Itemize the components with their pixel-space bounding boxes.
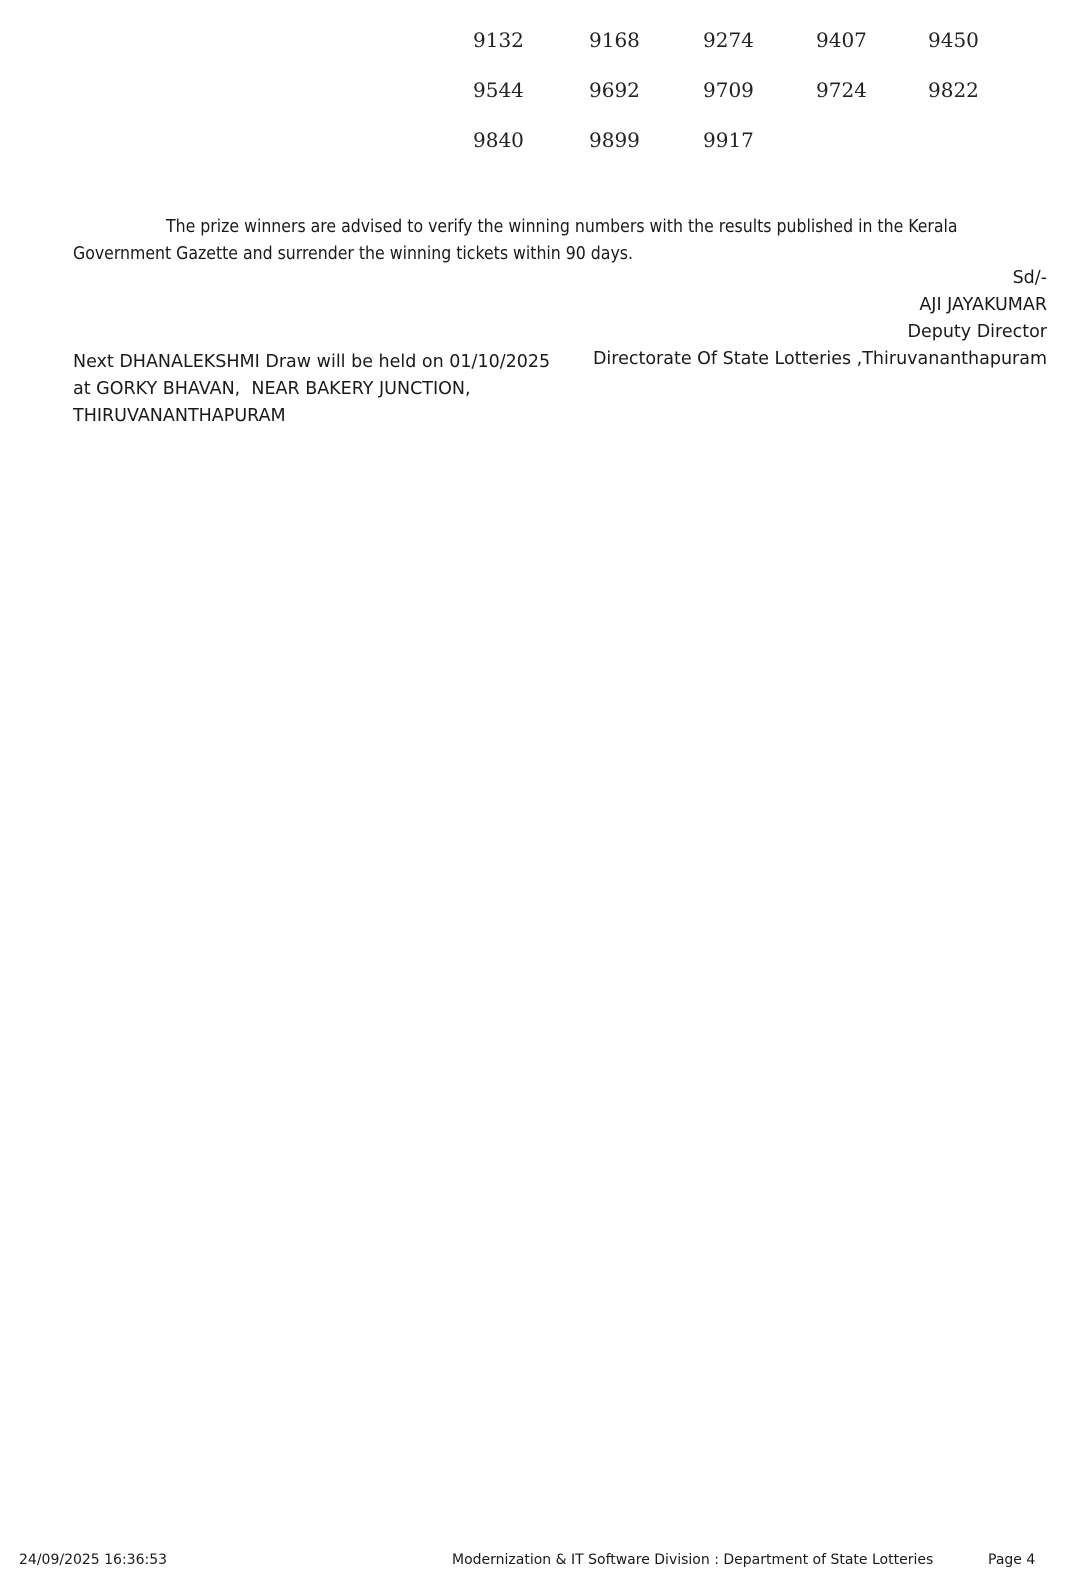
winning-number: 9840: [473, 128, 524, 152]
winning-number: 9274: [703, 28, 754, 52]
winning-number: 9450: [928, 28, 979, 52]
number-row: 984098999917: [0, 128, 1084, 158]
footer-timestamp: 24/09/2025 16:36:53: [19, 1552, 167, 1568]
signatory-name: AJI JAYAKUMAR: [919, 295, 1047, 315]
next-draw-info: Next DHANALEKSHMI Draw will be held on 0…: [73, 349, 550, 430]
winning-number: 9917: [703, 128, 754, 152]
prize-notice-text: The prize winners are advised to verify …: [73, 217, 958, 264]
winning-number: 9407: [816, 28, 867, 52]
next-draw-line-2: at GORKY BHAVAN, NEAR BAKERY JUNCTION,: [73, 376, 550, 403]
winning-number: 9132: [473, 28, 524, 52]
winning-number: 9724: [816, 78, 867, 102]
signatory-designation: Deputy Director: [907, 322, 1047, 342]
next-draw-line-3: THIRUVANANTHAPURAM: [73, 403, 550, 430]
winning-number: 9822: [928, 78, 979, 102]
winning-number: 9899: [589, 128, 640, 152]
signature-sd: Sd/-: [1013, 268, 1047, 288]
winning-number: 9692: [589, 78, 640, 102]
winning-number: 9168: [589, 28, 640, 52]
number-row: 95449692970997249822: [0, 78, 1084, 108]
footer-division: Modernization & IT Software Division : D…: [452, 1552, 933, 1568]
winning-number: 9544: [473, 78, 524, 102]
number-row: 91329168927494079450: [0, 28, 1084, 58]
next-draw-line-1: Next DHANALEKSHMI Draw will be held on 0…: [73, 349, 550, 376]
winning-number: 9709: [703, 78, 754, 102]
footer-page-number: Page 4: [988, 1552, 1035, 1568]
prize-notice: The prize winners are advised to verify …: [73, 214, 1048, 268]
signatory-office: Directorate Of State Lotteries ,Thiruvan…: [593, 349, 1047, 369]
